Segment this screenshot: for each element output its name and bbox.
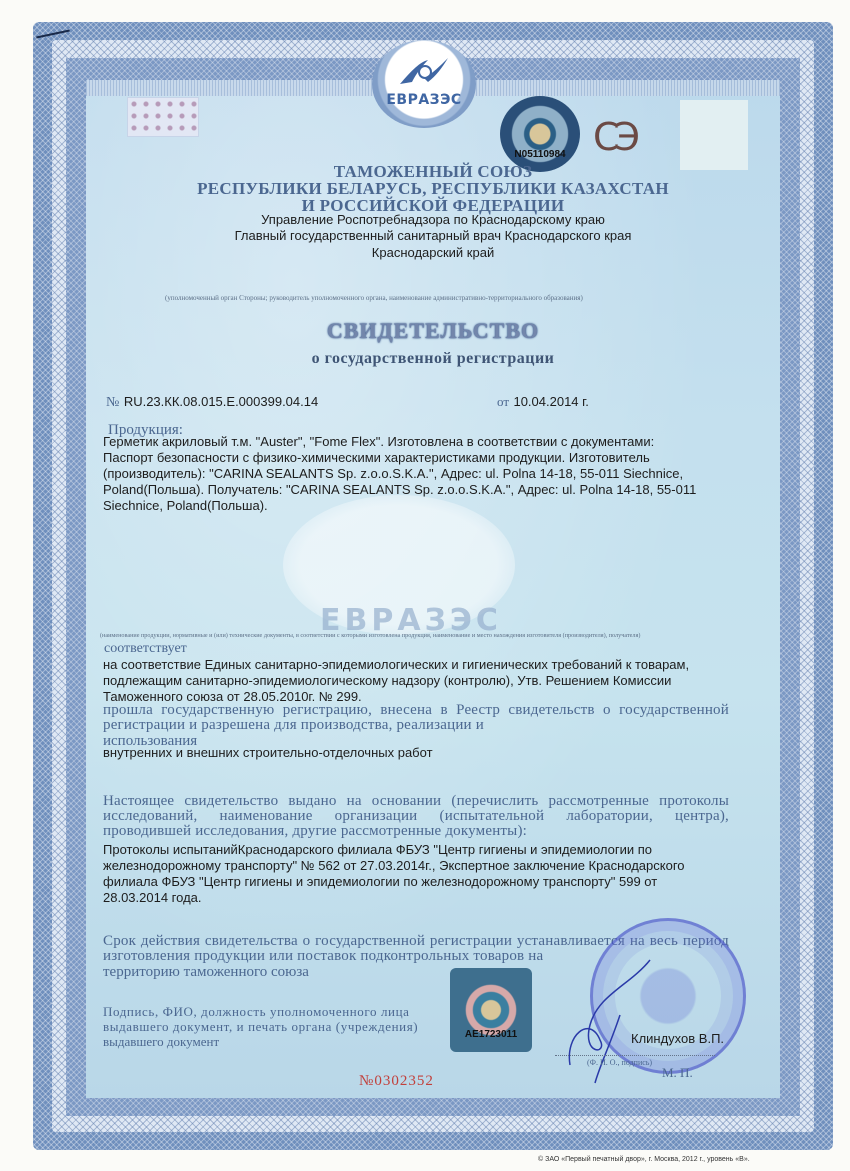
signature-line (555, 1055, 715, 1056)
number-prefix: № (106, 395, 119, 410)
hologram-serial-top: N05110984 (500, 149, 580, 160)
usage-text: внутренних и внешних строительно-отделоч… (103, 745, 433, 760)
registration-date: от 10.04.2014 г. (497, 393, 589, 411)
signature-label-line1: Подпись, ФИО, должность уполномоченного … (103, 1004, 410, 1020)
authority-line2: Главный государственный санитарный врач … (170, 228, 696, 244)
product-caption: (наименование продукции, нормативные и (… (100, 632, 640, 639)
registration-date-value: 10.04.2014 г. (513, 394, 588, 409)
product-text-line2: Паспорт безопасности с физико-химическим… (103, 450, 650, 465)
product-text-line5: Siechnice, Poland(Польша). (103, 498, 268, 513)
registration-number-value: RU.23.КК.08.015.Е.000399.04.14 (124, 394, 318, 409)
product-text-line4: Poland(Польша). Получатель: "CARINA SEAL… (103, 482, 696, 497)
authority-caption: (уполномоченный орган Стороны; руководит… (165, 294, 583, 302)
compliance-text-line2: подлежащим санитарно-эпидемиологическому… (103, 673, 671, 688)
compliance-text-line1: на соответствие Единых санитарно-эпидеми… (103, 657, 689, 672)
signature-caption: (Ф. И. О., подпись) (587, 1058, 652, 1067)
eurasec-emblem-icon (398, 56, 450, 86)
emblem-label: ЕВРАЗЭС (386, 92, 461, 108)
seal-place-label: М. П. (662, 1065, 693, 1081)
hologram-seal-icon: N05110984 (500, 96, 580, 172)
basis-text-line2: железнодорожному транспорту" № 562 от 27… (103, 858, 685, 873)
eurasec-emblem: ЕВРАЗЭС (372, 40, 476, 128)
registration-number: № RU.23.КК.08.015.Е.000399.04.14 (106, 393, 318, 411)
security-pattern-patch (127, 97, 199, 137)
basis-label: Настоящее свидетельство выдано на основа… (103, 794, 729, 839)
signature-label-line2: выдавшего документ, и печать органа (учр… (103, 1019, 418, 1035)
authority-line1: Управление Роспотребнадзора по Краснодар… (170, 212, 696, 228)
compliance-label: соответствует (104, 641, 187, 657)
basis-text-line4: 28.03.2014 года. (103, 890, 202, 905)
blank-security-window (680, 100, 748, 170)
basis-text-line1: Протоколы испытанийКраснодарского филиал… (103, 842, 652, 857)
serial-prefix: № (359, 1073, 374, 1089)
hologram-serial-bottom: AE1723011 (450, 1029, 532, 1040)
product-text-line3: (производитель): "CARINA SEALANTS Sp. z.… (103, 466, 683, 481)
union-title-line2: РЕСПУБЛИКИ БЕЛАРУСЬ, РЕСПУБЛИКИ КАЗАХСТА… (170, 180, 696, 197)
basis-text-line3: филиала ФБУЗ "Центр гигиены и эпидемиоло… (103, 874, 657, 889)
registration-statement: прошла государственную регистрацию, внес… (103, 703, 729, 733)
certificate-title: СВИДЕТЕЛЬСТВО (170, 318, 696, 344)
validity-last-line: территорию таможенного союза (103, 964, 309, 981)
form-serial-number: №0302352 (359, 1073, 434, 1090)
printer-imprint: © ЗАО «Первый печатный двор», г. Москва,… (538, 1156, 750, 1163)
serial-value: 0302352 (374, 1073, 434, 1089)
union-title-line1: ТАМОЖЕННЫЙ СОЮЗ (170, 163, 696, 180)
certificate-subtitle: о государственной регистрации (170, 350, 696, 368)
signer-name: Клиндухов В.П. (631, 1031, 724, 1046)
product-text-line1: Герметик акриловый т.м. "Auster", "Fome … (103, 434, 654, 449)
signature-label-line3: выдавшего документ (103, 1034, 219, 1050)
sanitary-mark-icon: СЭ (593, 117, 663, 157)
hologram-seal-icon: AE1723011 (450, 968, 532, 1052)
date-prefix: от (497, 394, 509, 409)
authority-line3: Краснодарский край (170, 245, 696, 261)
